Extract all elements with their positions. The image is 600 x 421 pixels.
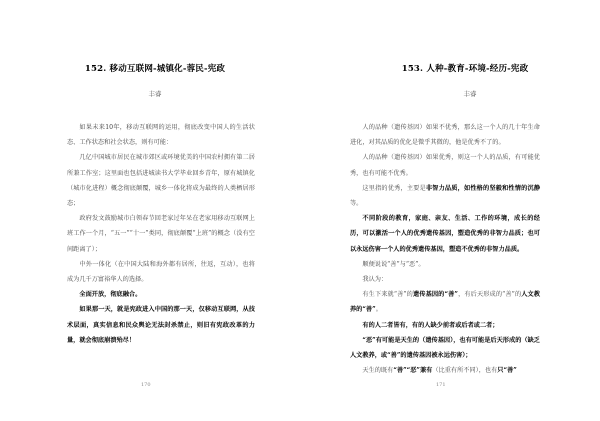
paragraph: “恶”有可能是天生的（遗传基因），也有可能是后天形成的（缺乏人文教养，或“善”的…: [350, 333, 540, 363]
body-text: 这里指的优秀，主要是: [362, 185, 426, 192]
body-text: （比重有所不同），也有: [432, 367, 497, 374]
paragraph: 有的人二者皆有，有的人缺少前者或后者或二者；: [350, 318, 540, 333]
emphasis-text: 只“善”: [497, 367, 517, 374]
body-text: 顺便说说“善”与“恶”。: [362, 261, 424, 268]
author-name: 丰睿: [300, 89, 600, 98]
paragraph: 全面开放，彻底融合。: [67, 287, 255, 302]
body-text: 我认为：: [362, 276, 387, 283]
body-text: 。: [376, 306, 382, 313]
paragraph: 人的品种（遗传基因）如果不优秀，那么这一个人的几十年生命进化，对其品质的优化是微…: [350, 120, 540, 150]
body-text: ，有后天形成的“善”的: [458, 291, 521, 298]
paragraph: 我认为：: [350, 272, 540, 287]
paragraph: 人的品种（遗传基因）如果优秀，则这一个人的品质，有可能优秀，也有可能不优秀。: [350, 150, 540, 180]
emphasis-text: 遗传基因的“善”: [413, 291, 458, 298]
left-page: 152. 移动互联网-城镇化-蓉民-宪政 丰睿 如果未来10年，移动互联网的运用…: [0, 0, 300, 421]
paragraph: 天生的既有“善”“恶”兼有（比重有所不同），也有只“善”: [350, 363, 540, 378]
emphasis-text: 不同阶段的教育，家庭、亲友、生活、工作的环境，成长的经历，可以激活一个人的优秀遗…: [350, 215, 540, 252]
emphasis-text: “善”“恶”兼有: [393, 367, 432, 374]
article-title: 153. 人种-教育-环境-经历-宪政: [300, 62, 600, 74]
article-body: 如果未来10年，移动互联网的运用，彻底改变中国人的生活状态、工作状态和社会状态，…: [67, 120, 255, 348]
emphasis-text: “恶”有可能是天生的（遗传基因），也有可能是后天形成的（缺乏人文教养，或“善”的…: [350, 337, 540, 359]
paragraph: 如果未来10年，移动互联网的运用，彻底改变中国人的生活状态、工作状态和社会状态，…: [67, 120, 255, 150]
article-body: 人的品种（遗传基因）如果不优秀，那么这一个人的几十年生命进化，对其品质的优化是微…: [350, 120, 540, 378]
paragraph: 中外一体化（在中国大陆和海外都有居所，往返，互动），也将成为几千万富裕华人的选择…: [67, 257, 255, 287]
paragraph: 政府发文鼓励城市白领春节回老家过年呆在老家用移动互联网上班工作一个月，“五一”“…: [67, 211, 255, 257]
author-name: 丰睿: [0, 89, 300, 98]
body-text: 等。: [350, 200, 362, 207]
paragraph: 这里指的优秀，主要是非智力品质，如性格的坚毅和性情的沉静等。: [350, 181, 540, 211]
paragraph: 几亿中国城市居民在城市郊区或环境优美的中国农村拥有第二居所兼工作室；这里面也包括…: [67, 150, 255, 211]
body-text: 天生的既有: [362, 367, 393, 374]
paragraph: 顺便说说“善”与“恶”。: [350, 257, 540, 272]
right-page: 153. 人种-教育-环境-经历-宪政 丰睿 人的品种（遗传基因）如果不优秀，那…: [300, 0, 600, 421]
emphasis-text: 非智力品质，如性格的坚毅和性情的沉静: [426, 185, 540, 192]
body-text: 人的品种（遗传基因）如果不优秀，那么这一个人的几十年生命进化，对其品质的优化是微…: [350, 124, 540, 146]
page-number: 171: [436, 382, 446, 388]
emphasis-text: 有的人二者皆有，有的人缺少前者或后者或二者；: [362, 322, 498, 329]
article-title: 152. 移动互联网-城镇化-蓉民-宪政: [0, 62, 300, 74]
paragraph: 如果那一天，就是宪政进入中国的那一天，仅移动互联网，从技术层面，真实信息和民众舆…: [67, 302, 255, 348]
body-text: 人的品种（遗传基因）如果优秀，则这一个人的品质，有可能优秀，也有可能不优秀。: [350, 154, 540, 176]
page-number: 170: [141, 382, 151, 388]
paragraph: 有生下来就“善”的遗传基因的“善”，有后天形成的“善”的人文教养的“善”。: [350, 287, 540, 317]
paragraph: 不同阶段的教育，家庭、亲友、生活、工作的环境，成长的经历，可以激活一个人的优秀遗…: [350, 211, 540, 257]
body-text: 有生下来就“善”的: [362, 291, 413, 298]
